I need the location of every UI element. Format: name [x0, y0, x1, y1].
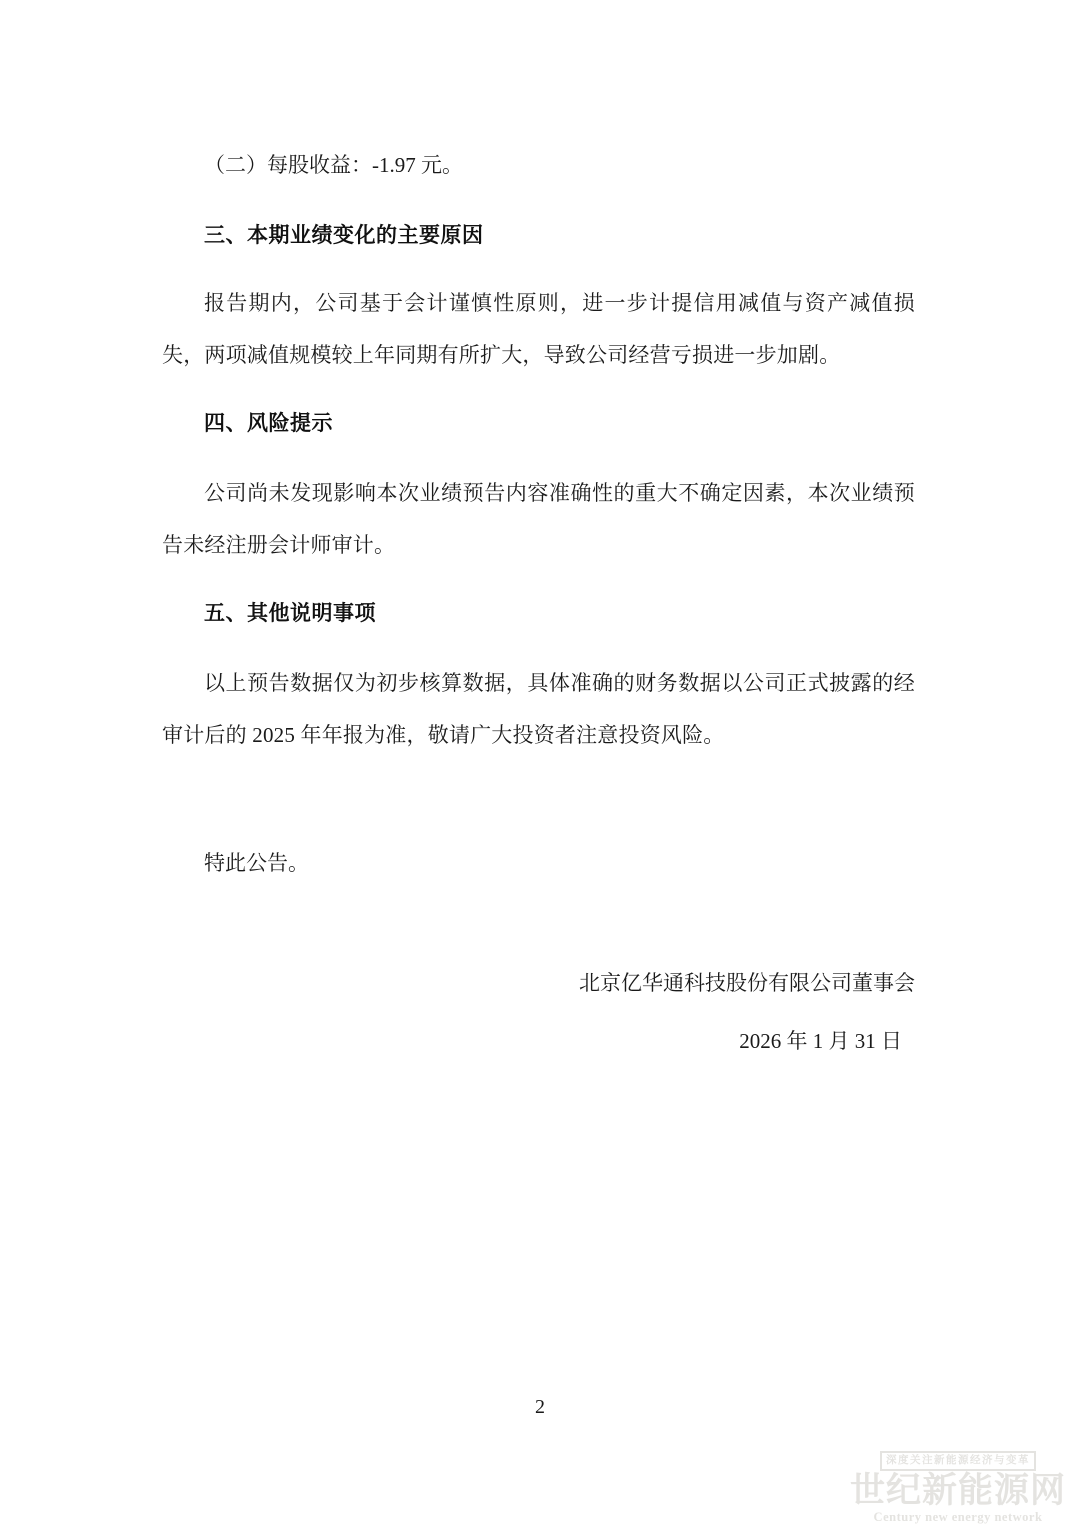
section-paragraph-risk: 公司尚未发现影响本次业绩预告内容准确性的重大不确定因素，本次业绩预告未经注册会计…	[162, 467, 915, 571]
date-line: 2026 年 1 月 31 日	[162, 1026, 902, 1056]
page-number: 2	[0, 1392, 1080, 1422]
watermark-title: 世纪新能源网	[843, 1472, 1073, 1510]
section-paragraph-other: 以上预告数据仅为初步核算数据，具体准确的财务数据以公司正式披露的经审计后的 20…	[162, 657, 915, 761]
watermark-subtitle: Century new energy network	[843, 1510, 1073, 1525]
signature-line: 北京亿华通科技股份有限公司董事会	[162, 968, 915, 998]
eps-line: （二）每股收益：-1.97 元。	[162, 150, 915, 180]
document-page: （二）每股收益：-1.97 元。 三、本期业绩变化的主要原因 报告期内，公司基于…	[0, 0, 1080, 1527]
watermark-slogan: 深度关注新能源经济与变革	[880, 1451, 1036, 1471]
watermark-logo: 深度关注新能源经济与变革 世纪新能源网 Century new energy n…	[843, 1444, 1073, 1525]
section-paragraph-reasons: 报告期内，公司基于会计谨慎性原则，进一步计提信用减值与资产减值损失，两项减值规模…	[162, 277, 915, 381]
closing-line: 特此公告。	[162, 848, 915, 878]
section-heading-reasons: 三、本期业绩变化的主要原因	[162, 220, 915, 250]
section-heading-risk: 四、风险提示	[162, 408, 915, 438]
section-heading-other: 五、其他说明事项	[162, 598, 915, 628]
